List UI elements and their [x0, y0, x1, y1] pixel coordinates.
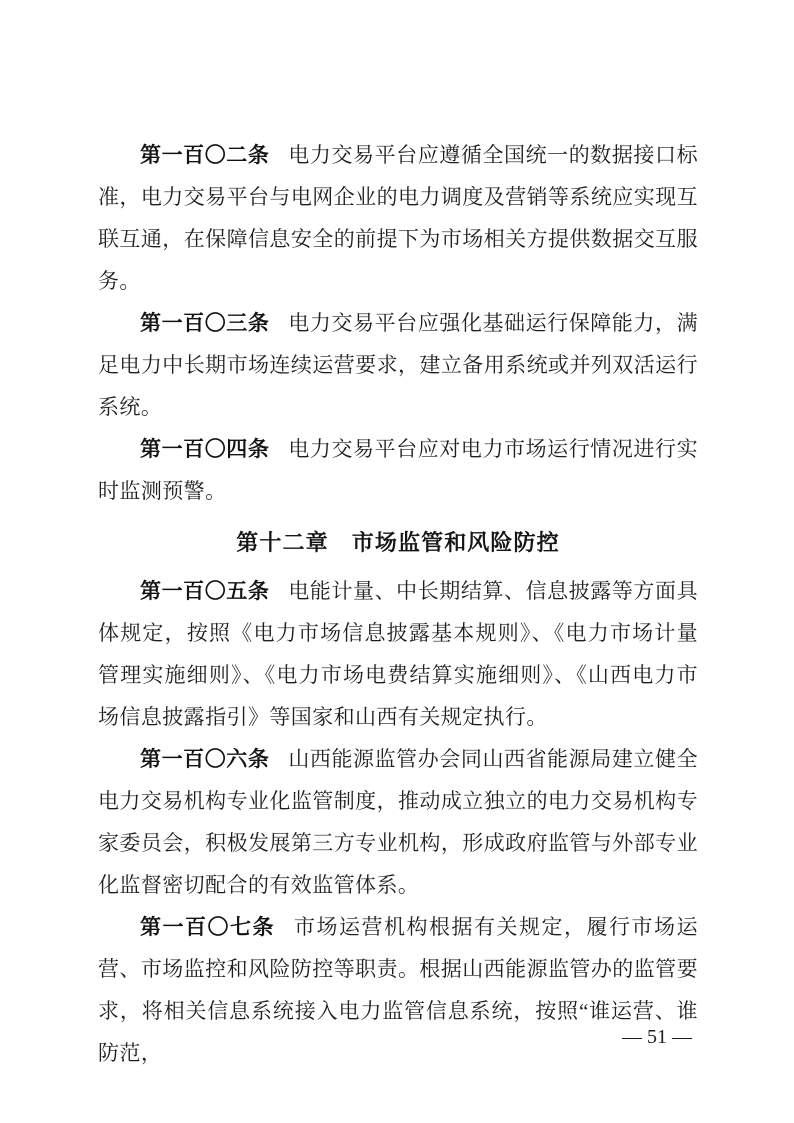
article-105-number: 第一百〇五条: [140, 579, 269, 603]
article-107-number: 第一百〇七条: [140, 915, 275, 939]
page-footer: — 51 —: [622, 1024, 692, 1050]
article-104: 第一百〇四条电力交易平台应对电力市场运行情况进行实时监测预警。: [98, 428, 698, 512]
article-104-number: 第一百〇四条: [140, 437, 269, 461]
article-102: 第一百〇二条电力交易平台应遵循全国统一的数据接口标准，电力交易平台与电网企业的电…: [98, 134, 698, 302]
article-106-number: 第一百〇六条: [140, 747, 269, 771]
article-102-number: 第一百〇二条: [140, 143, 269, 167]
article-106: 第一百〇六条山西能源监管办会同山西省能源局建立健全电力交易机构专业化监管制度，推…: [98, 738, 698, 906]
article-103: 第一百〇三条电力交易平台应强化基础运行保障能力，满足电力中长期市场连续运营要求，…: [98, 302, 698, 428]
document-body: 第一百〇二条电力交易平台应遵循全国统一的数据接口标准，电力交易平台与电网企业的电…: [98, 134, 698, 1074]
article-105: 第一百〇五条电能计量、中长期结算、信息披露等方面具体规定，按照《电力市场信息披露…: [98, 570, 698, 738]
page-number: — 51 —: [622, 1026, 692, 1048]
article-107: 第一百〇七条市场运营机构根据有关规定，履行市场运营、市场监控和风险防控等职责。根…: [98, 906, 698, 1074]
article-103-number: 第一百〇三条: [140, 311, 269, 335]
chapter-heading: 第十二章 市场监管和风险防控: [98, 528, 698, 558]
document-page: 第一百〇二条电力交易平台应遵循全国统一的数据接口标准，电力交易平台与电网企业的电…: [0, 0, 794, 1123]
